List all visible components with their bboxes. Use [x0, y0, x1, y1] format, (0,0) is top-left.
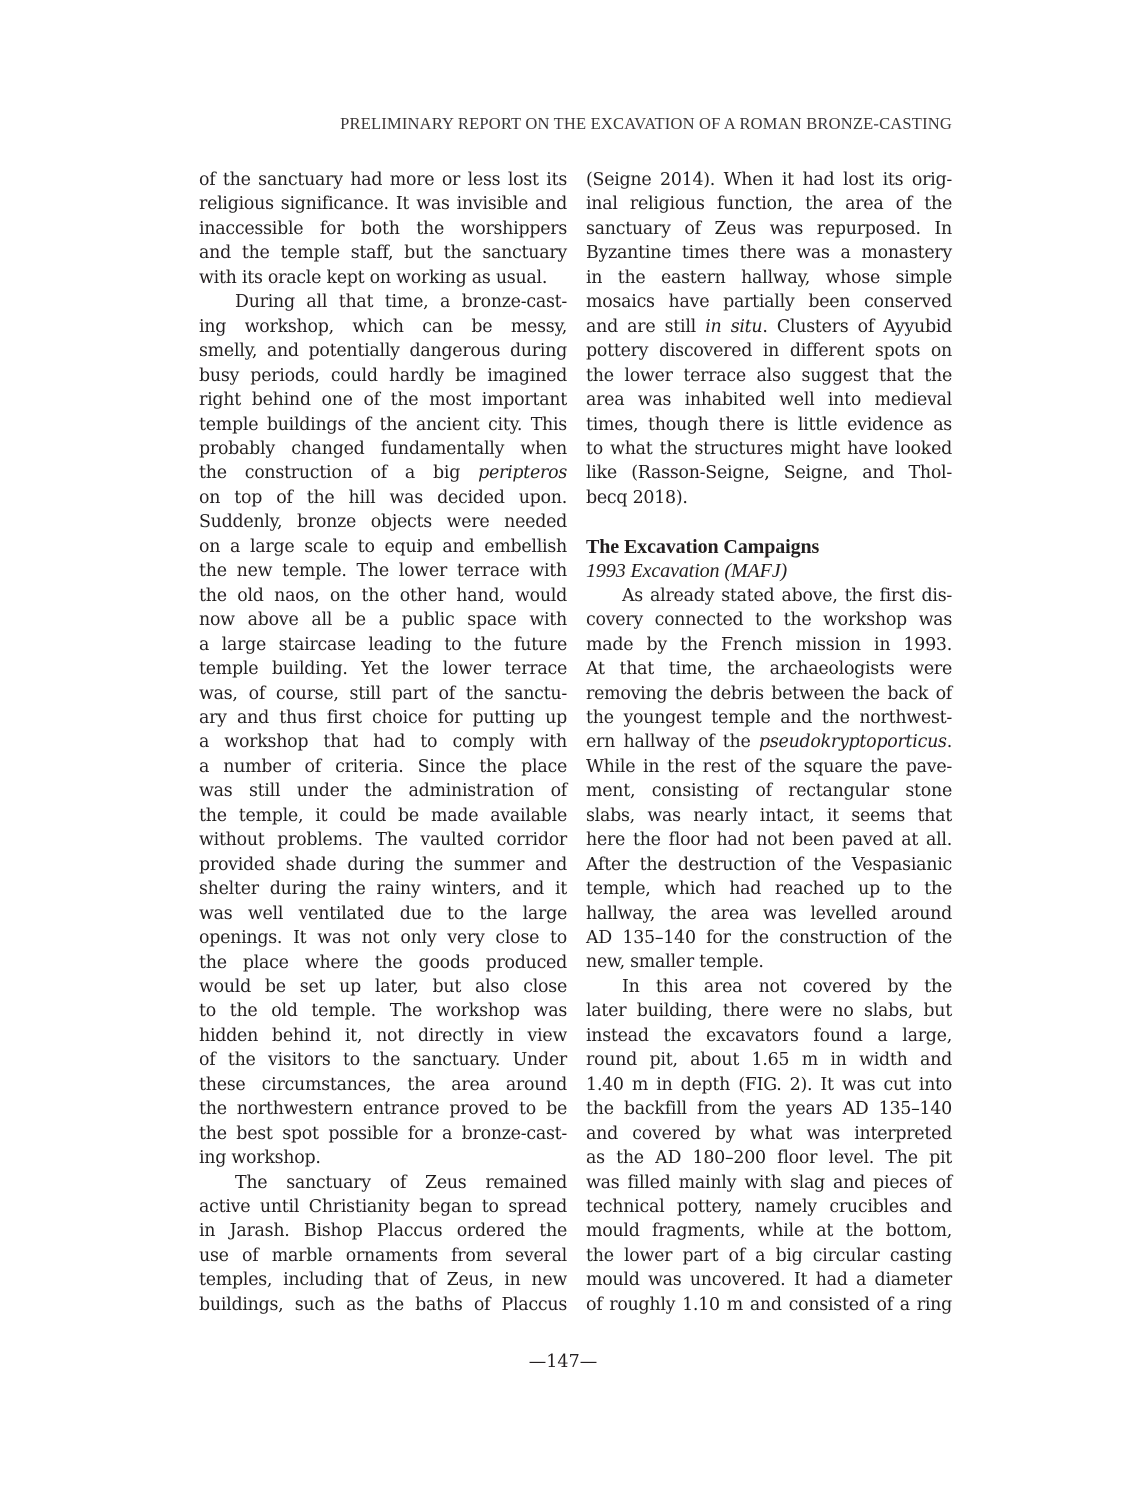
- text-line: the best spot possible for a bronze-cast…: [199, 1122, 567, 1146]
- paragraph-continuation: of the sanctuary had more or less lost i…: [199, 168, 567, 290]
- text-line: inaccessible for both the worshippers: [199, 217, 567, 241]
- text-fragment: ern hallway of the: [586, 732, 759, 752]
- text-line: buildings, such as the baths of Placcus: [199, 1293, 567, 1317]
- text-line: shelter during the rainy winters, and it: [199, 877, 567, 901]
- text-line: ing workshop, which can be messy,: [199, 315, 567, 339]
- paragraph-workshop-location: During all that time, a bronze-cast- ing…: [199, 290, 567, 1170]
- text-line: the new temple. The lower terrace with: [199, 559, 567, 583]
- right-column: (Seigne 2014). When it had lost its orig…: [586, 168, 952, 1317]
- text-line: (Seigne 2014). When it had lost its orig…: [586, 168, 952, 192]
- text-line-with-italic: ern hallway of the pseudokryptoporticus.: [586, 730, 952, 754]
- text-line-with-italic: the construction of a big peripteros: [199, 461, 567, 485]
- text-line: was, of course, still part of the sanctu…: [199, 682, 567, 706]
- text-line: area was inhabited well into medieval: [586, 388, 952, 412]
- text-line: slabs, was nearly intact, it seems that: [586, 804, 952, 828]
- text-line: the place where the goods produced: [199, 951, 567, 975]
- text-line: mould was uncovered. It had a diameter: [586, 1268, 952, 1292]
- text-line: the northwestern entrance proved to be: [199, 1097, 567, 1121]
- text-line: At that time, the archaeologists were: [586, 657, 952, 681]
- text-line: becq 2018).: [586, 486, 952, 510]
- text-line: the lower part of a big circular casting: [586, 1244, 952, 1268]
- italic-term-pseudokryptoporticus: pseudokryptoporticus: [759, 732, 947, 752]
- text-line: religious significance. It was invisible…: [199, 192, 567, 216]
- text-line: the temple, it could be made available: [199, 804, 567, 828]
- text-line: As already stated above, the first dis-: [586, 584, 952, 608]
- text-line: While in the rest of the square the pave…: [586, 755, 952, 779]
- text-fragment: . Clusters of Ayyubid: [762, 317, 952, 337]
- text-line: later building, there were no slabs, but: [586, 999, 952, 1023]
- text-line: ing workshop.: [199, 1146, 567, 1170]
- text-line: right behind one of the most important: [199, 388, 567, 412]
- text-line: After the destruction of the Vespasianic: [586, 853, 952, 877]
- text-line: here the floor had not been paved at all…: [586, 828, 952, 852]
- text-line-with-italic: and are still in situ. Clusters of Ayyub…: [586, 315, 952, 339]
- text-line: of roughly 1.10 m and consisted of a rin…: [586, 1293, 952, 1317]
- text-line: as the AD 180–200 floor level. The pit: [586, 1146, 952, 1170]
- text-line: openings. It was not only very close to: [199, 926, 567, 950]
- text-line: of the visitors to the sanctuary. Under: [199, 1048, 567, 1072]
- text-line: hidden behind it, not directly in view: [199, 1024, 567, 1048]
- text-line: with its oracle kept on working as usual…: [199, 266, 567, 290]
- paragraph-repurposing: (Seigne 2014). When it had lost its orig…: [586, 168, 952, 510]
- section-heading: The Excavation Campaigns: [586, 535, 952, 559]
- text-line: temple, which had reached up to the: [586, 877, 952, 901]
- text-line: provided shade during the summer and: [199, 853, 567, 877]
- text-line: sanctuary of Zeus was repurposed. In: [586, 217, 952, 241]
- text-line: The sanctuary of Zeus remained: [199, 1171, 567, 1195]
- text-line: of the sanctuary had more or less lost i…: [199, 168, 567, 192]
- text-line: in Jarash. Bishop Placcus ordered the: [199, 1219, 567, 1243]
- text-line: to the old temple. The workshop was: [199, 999, 567, 1023]
- text-line: covery connected to the workshop was: [586, 608, 952, 632]
- text-line: temples, including that of Zeus, in new: [199, 1268, 567, 1292]
- text-line: would be set up later, but also close: [199, 975, 567, 999]
- text-line: the youngest temple and the northwest-: [586, 706, 952, 730]
- text-line: ment, consisting of rectangular stone: [586, 779, 952, 803]
- text-line: in the eastern hallway, whose simple: [586, 266, 952, 290]
- text-line: technical pottery, namely crucibles and: [586, 1195, 952, 1219]
- text-line: these circumstances, the area around: [199, 1073, 567, 1097]
- text-line: the lower terrace also suggest that the: [586, 364, 952, 388]
- page-number: —147—: [0, 1352, 1126, 1372]
- text-line: a number of criteria. Since the place: [199, 755, 567, 779]
- text-line: on a large scale to equip and embellish: [199, 535, 567, 559]
- text-line: was well ventilated due to the large: [199, 902, 567, 926]
- text-line: busy periods, could hardly be imagined: [199, 364, 567, 388]
- text-line: was filled mainly with slag and pieces o…: [586, 1171, 952, 1195]
- paragraph-1993-discovery: As already stated above, the first dis- …: [586, 584, 952, 975]
- text-line: smelly, and potentially dangerous during: [199, 339, 567, 363]
- text-line: temple buildings of the ancient city. Th…: [199, 413, 567, 437]
- text-line: now above all be a public space with: [199, 608, 567, 632]
- text-line: new, smaller temple.: [586, 950, 952, 974]
- text-line: on top of the hill was decided upon.: [199, 486, 567, 510]
- text-line: inal religious function, the area of the: [586, 192, 952, 216]
- text-line: instead the excavators found a large,: [586, 1024, 952, 1048]
- text-line: AD 135–140 for the construction of the: [586, 926, 952, 950]
- text-line: and covered by what was interpreted: [586, 1122, 952, 1146]
- text-line: Suddenly, bronze objects were needed: [199, 510, 567, 534]
- text-line: was still under the administration of: [199, 779, 567, 803]
- text-line: hallway, the area was levelled around: [586, 902, 952, 926]
- text-line: In this area not covered by the: [586, 975, 952, 999]
- text-line: pottery discovered in different spots on: [586, 339, 952, 363]
- text-fragment: .: [947, 732, 952, 752]
- text-line: use of marble ornaments from several: [199, 1244, 567, 1268]
- text-line: a large staircase leading to the future: [199, 633, 567, 657]
- text-line: ary and thus first choice for putting up: [199, 706, 567, 730]
- text-line: During all that time, a bronze-cast-: [199, 290, 567, 314]
- text-line: the backfill from the years AD 135–140: [586, 1097, 952, 1121]
- text-fragment: and are still: [586, 317, 705, 337]
- text-line: mould fragments, while at the bottom,: [586, 1219, 952, 1243]
- text-line: temple building. Yet the lower terrace: [199, 657, 567, 681]
- text-line: round pit, about 1.65 m in width and: [586, 1048, 952, 1072]
- text-line: probably changed fundamentally when: [199, 437, 567, 461]
- text-line: times, though there is little evidence a…: [586, 413, 952, 437]
- paragraph-christianity: The sanctuary of Zeus remained active un…: [199, 1171, 567, 1318]
- text-line: to what the structures might have looked: [586, 437, 952, 461]
- text-line: active until Christianity began to sprea…: [199, 1195, 567, 1219]
- text-line: a workshop that had to comply with: [199, 730, 567, 754]
- running-head: PRELIMINARY REPORT ON THE EXCAVATION OF …: [200, 114, 952, 134]
- text-line: mosaics have partially been conserved: [586, 290, 952, 314]
- text-line: 1.40 m in depth (FIG. 2). It was cut int…: [586, 1073, 952, 1097]
- italic-term-in-situ: in situ: [705, 317, 762, 337]
- paragraph-pit-discovery: In this area not covered by the later bu…: [586, 975, 952, 1317]
- text-line: without problems. The vaulted corridor: [199, 828, 567, 852]
- text-line: the old naos, on the other hand, would: [199, 584, 567, 608]
- text-line: Byzantine times there was a monastery: [586, 241, 952, 265]
- text-line: removing the debris between the back of: [586, 682, 952, 706]
- text-line: made by the French mission in 1993.: [586, 633, 952, 657]
- text-fragment: the construction of a big: [199, 463, 478, 483]
- italic-term-peripteros: peripteros: [478, 463, 567, 483]
- text-line: and the temple staff, but the sanctuary: [199, 241, 567, 265]
- subsection-heading: 1993 Excavation (MAFJ): [586, 559, 952, 583]
- text-line: like (Rasson-Seigne, Seigne, and Thol-: [586, 461, 952, 485]
- left-column: of the sanctuary had more or less lost i…: [199, 168, 567, 1317]
